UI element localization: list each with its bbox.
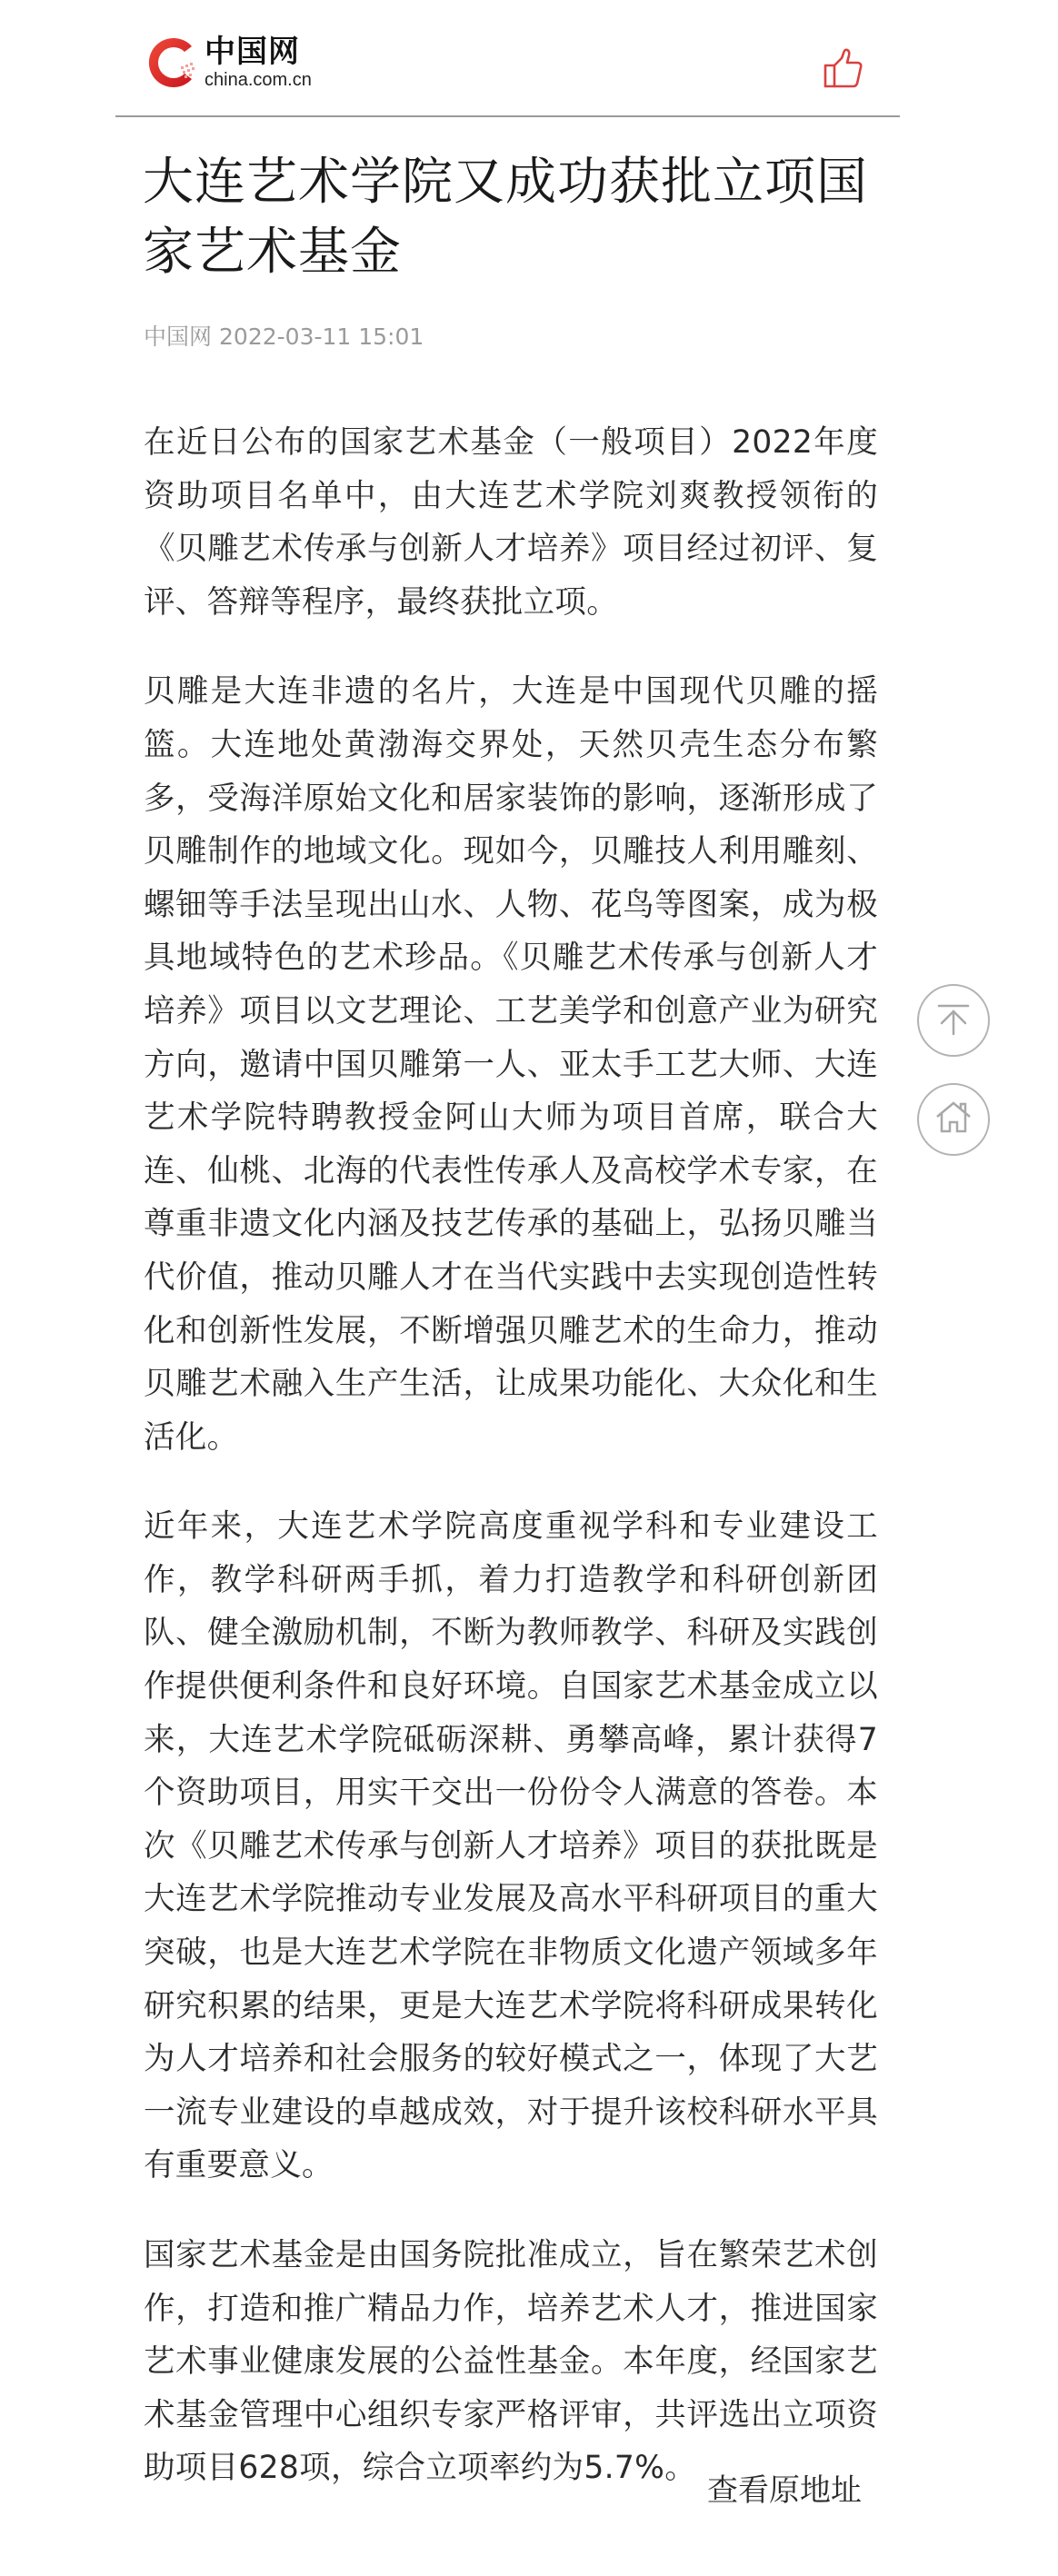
china-com-cn-logo-icon <box>145 34 197 92</box>
view-original-link[interactable]: 查看原地址 <box>707 2468 862 2513</box>
article-paragraph: 近年来，大连艺术学院高度重视学科和专业建设工作，教学科研两手抓，着力打造教学和科… <box>144 1500 878 2193</box>
article-paragraph: 在近日公布的国家艺术基金（一般项目）2022年度资助项目名单中，由大连艺术学院刘… <box>144 416 878 629</box>
article-datetime: 2022-03-11 15:01 <box>219 323 424 350</box>
article-title: 大连艺术学院又成功获批立项国家艺术基金 <box>143 147 888 287</box>
site-header: 中国网 china.com.cn <box>115 0 900 118</box>
logo-name: 中国网 <box>205 36 312 67</box>
thumbs-up-icon <box>820 77 865 94</box>
logo-domain: china.com.cn <box>205 71 312 89</box>
article-paragraph: 国家艺术基金是由国务院批准成立，旨在繁荣艺术创作，打造和推广精品力作，培养艺术人… <box>144 2229 878 2495</box>
arrow-up-to-top-icon <box>933 998 974 1043</box>
header-divider <box>115 115 900 117</box>
article-body: 在近日公布的国家艺术基金（一般项目）2022年度资助项目名单中，由大连艺术学院刘… <box>144 416 878 2531</box>
back-to-top-button[interactable] <box>917 984 990 1057</box>
site-logo[interactable]: 中国网 china.com.cn <box>145 31 326 94</box>
like-button[interactable] <box>820 45 865 91</box>
article-source: 中国网 <box>144 323 212 350</box>
article-paragraph: 贝雕是大连非遗的名片，大连是中国现代贝雕的摇篮。大连地处黄渤海交界处，天然贝壳生… <box>144 665 878 1464</box>
article-meta: 中国网2022-03-11 15:01 <box>144 322 424 353</box>
home-button[interactable] <box>917 1083 990 1156</box>
home-icon <box>933 1097 974 1142</box>
